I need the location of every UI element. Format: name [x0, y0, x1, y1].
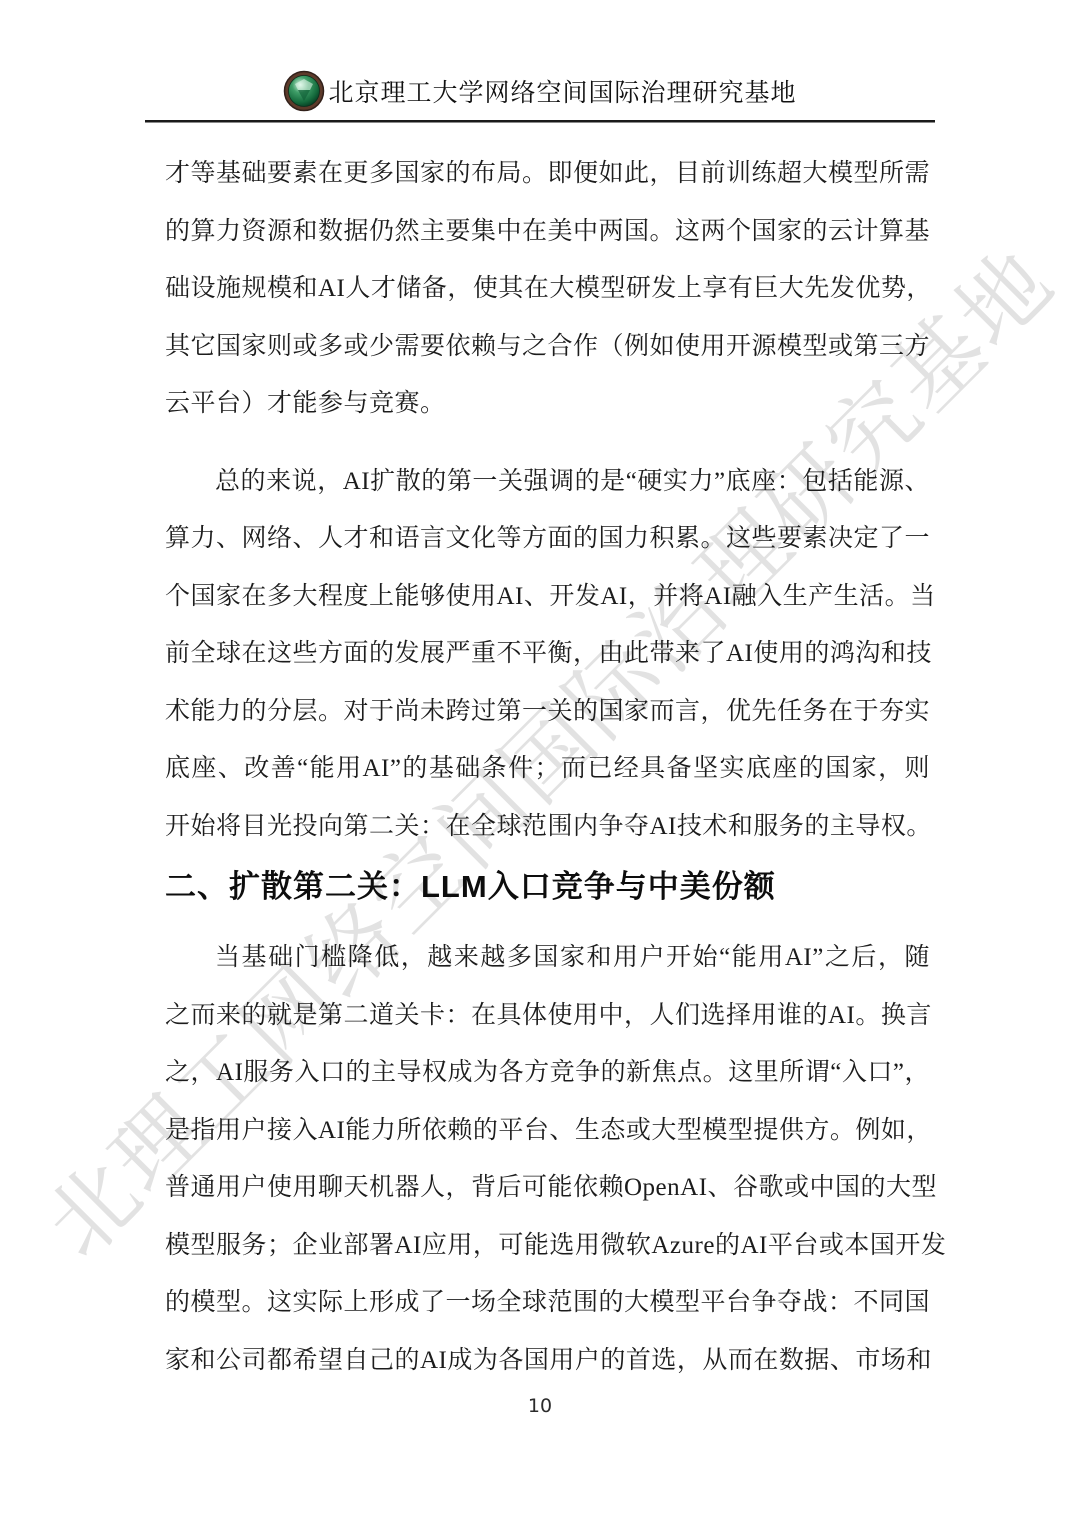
body-line: 础设施规模和AI人才储备，使其在大模型研发上享有巨大先发优势，: [165, 260, 930, 318]
section-heading-2: 二、扩散第二关：LLM入口竞争与中美份额: [165, 857, 930, 917]
body-line: 之而来的就是第二道关卡：在具体使用中，人们选择用谁的AI。换言: [165, 987, 930, 1045]
body-line: 之，AI服务入口的主导权成为各方竞争的新焦点。这里所谓“入口”，: [165, 1044, 930, 1102]
paragraph-2: 总的来说，AI扩散的第一关强调的是“硬实力”底座：包括能源、 算力、网络、人才和…: [165, 453, 930, 856]
body-line: 家和公司都希望自己的AI成为各国用户的首选，从而在数据、市场和: [165, 1332, 930, 1390]
body-line: 算力、网络、人才和语言文化等方面的国力积累。这些要素决定了一: [165, 510, 930, 568]
body-line: 是指用户接入AI能力所依赖的平台、生态或大型模型提供方。例如，: [165, 1102, 930, 1160]
body-line: 模型服务；企业部署AI应用，可能选用微软Azure的AI平台或本国开发: [165, 1217, 930, 1275]
body-line: 个国家在多大程度上能够使用AI、开发AI，并将AI融入生产生活。当: [165, 568, 930, 626]
document-page: 北理工网络空间国际治理研究基地 北京理工大学网络空间国际治理研究基地: [0, 0, 1080, 1527]
body-line: 当基础门槛降低，越来越多国家和用户开始“能用AI”之后，随: [165, 929, 930, 987]
body-line: 总的来说，AI扩散的第一关强调的是“硬实力”底座：包括能源、: [165, 453, 930, 511]
header-row: 北京理工大学网络空间国际治理研究基地: [145, 68, 935, 114]
body-line: 云平台）才能参与竞赛。: [165, 375, 930, 433]
paragraph-1: 才等基础要素在更多国家的布局。即便如此，目前训练超大模型所需 的算力资源和数据仍…: [165, 145, 930, 433]
body-line: 才等基础要素在更多国家的布局。即便如此，目前训练超大模型所需: [165, 145, 930, 203]
body-line: 术能力的分层。对于尚未跨过第一关的国家而言，优先任务在于夯实: [165, 683, 930, 741]
body-line: 前全球在这些方面的发展严重不平衡，由此带来了AI使用的鸿沟和技: [165, 625, 930, 683]
body-line: 的算力资源和数据仍然主要集中在美中两国。这两个国家的云计算基: [165, 203, 930, 261]
paragraph-3: 当基础门槛降低，越来越多国家和用户开始“能用AI”之后，随 之而来的就是第二道关…: [165, 929, 930, 1389]
body-line: 的模型。这实际上形成了一场全球范围的大模型平台争夺战：不同国: [165, 1274, 930, 1332]
body-line: 底座、改善“能用AI”的基础条件；而已经具备坚实底座的国家，则: [165, 740, 930, 798]
university-emblem-icon: [283, 70, 325, 112]
page-header: 北京理工大学网络空间国际治理研究基地: [145, 0, 935, 123]
body-line: 其它国家则或多或少需要依赖与之合作（例如使用开源模型或第三方: [165, 318, 930, 376]
body-line: 普通用户使用聊天机器人，背后可能依赖OpenAI、谷歌或中国的大型: [165, 1159, 930, 1217]
header-title: 北京理工大学网络空间国际治理研究基地: [328, 73, 796, 109]
body-line: 开始将目光投向第二关：在全球范围内争夺AI技术和服务的主导权。: [165, 798, 930, 856]
page-number: 10: [0, 1395, 1080, 1417]
document-body: 才等基础要素在更多国家的布局。即便如此，目前训练超大模型所需 的算力资源和数据仍…: [0, 123, 1080, 1389]
